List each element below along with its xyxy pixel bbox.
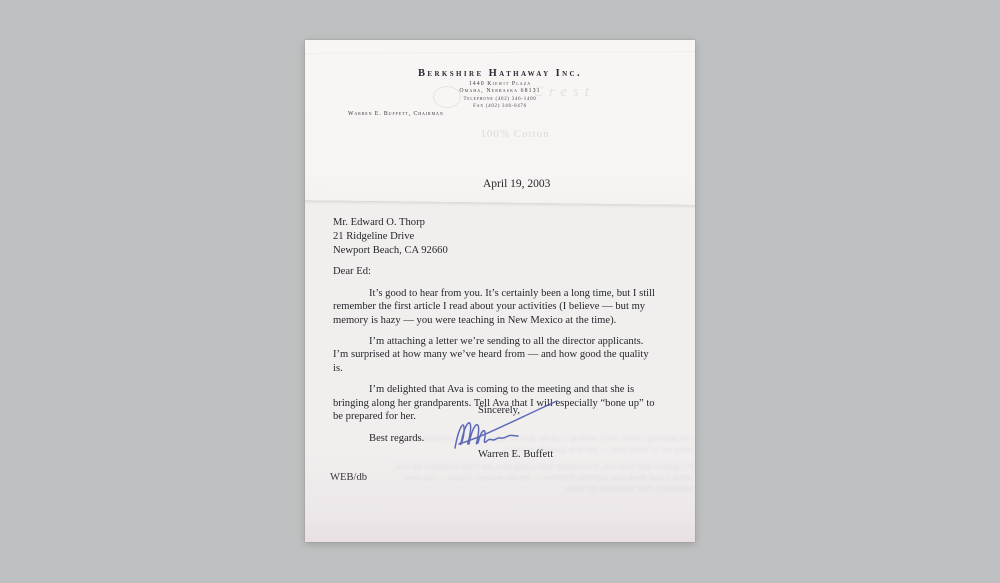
recipient-city: Newport Beach, CA 92660: [333, 244, 659, 258]
letterhead-sender-title: Warren E. Buffett, Chairman: [348, 111, 444, 117]
letterhead-address-line1: 1440 Kiewit Plaza: [305, 81, 695, 87]
signature-ink: [445, 392, 563, 454]
recipient-street: 21 Ridgeline Drive: [333, 230, 659, 244]
letter-date: April 19, 2003: [483, 178, 550, 190]
letterhead-address-line2: Omaha, Nebraska 68131: [305, 88, 695, 94]
paper-bottom-shading: [305, 452, 695, 542]
salutation: Dear Ed:: [333, 265, 659, 278]
body-paragraph-2: I’m attaching a letter we’re sending to …: [333, 335, 659, 375]
letterhead-phone: Telephone (402) 346-1400: [305, 96, 695, 102]
letterhead-company: Berkshire Hathaway Inc.: [305, 68, 695, 79]
letterhead-fax: Fax (402) 346-0476: [305, 103, 695, 109]
recipient-name: Mr. Edward O. Thorp: [333, 216, 659, 230]
photo-background: Crest 100% Cotton Berkshire Hathaway Inc…: [0, 0, 1000, 583]
recipient-address: Mr. Edward O. Thorp 21 Ridgeline Drive N…: [333, 216, 659, 257]
letter-page: Crest 100% Cotton Berkshire Hathaway Inc…: [305, 40, 695, 542]
typist-reference: WEB/db: [330, 472, 367, 483]
body-paragraph-1: It’s good to hear from you. It’s certain…: [333, 287, 659, 327]
letterhead: Berkshire Hathaway Inc. 1440 Kiewit Plaz…: [305, 68, 695, 109]
